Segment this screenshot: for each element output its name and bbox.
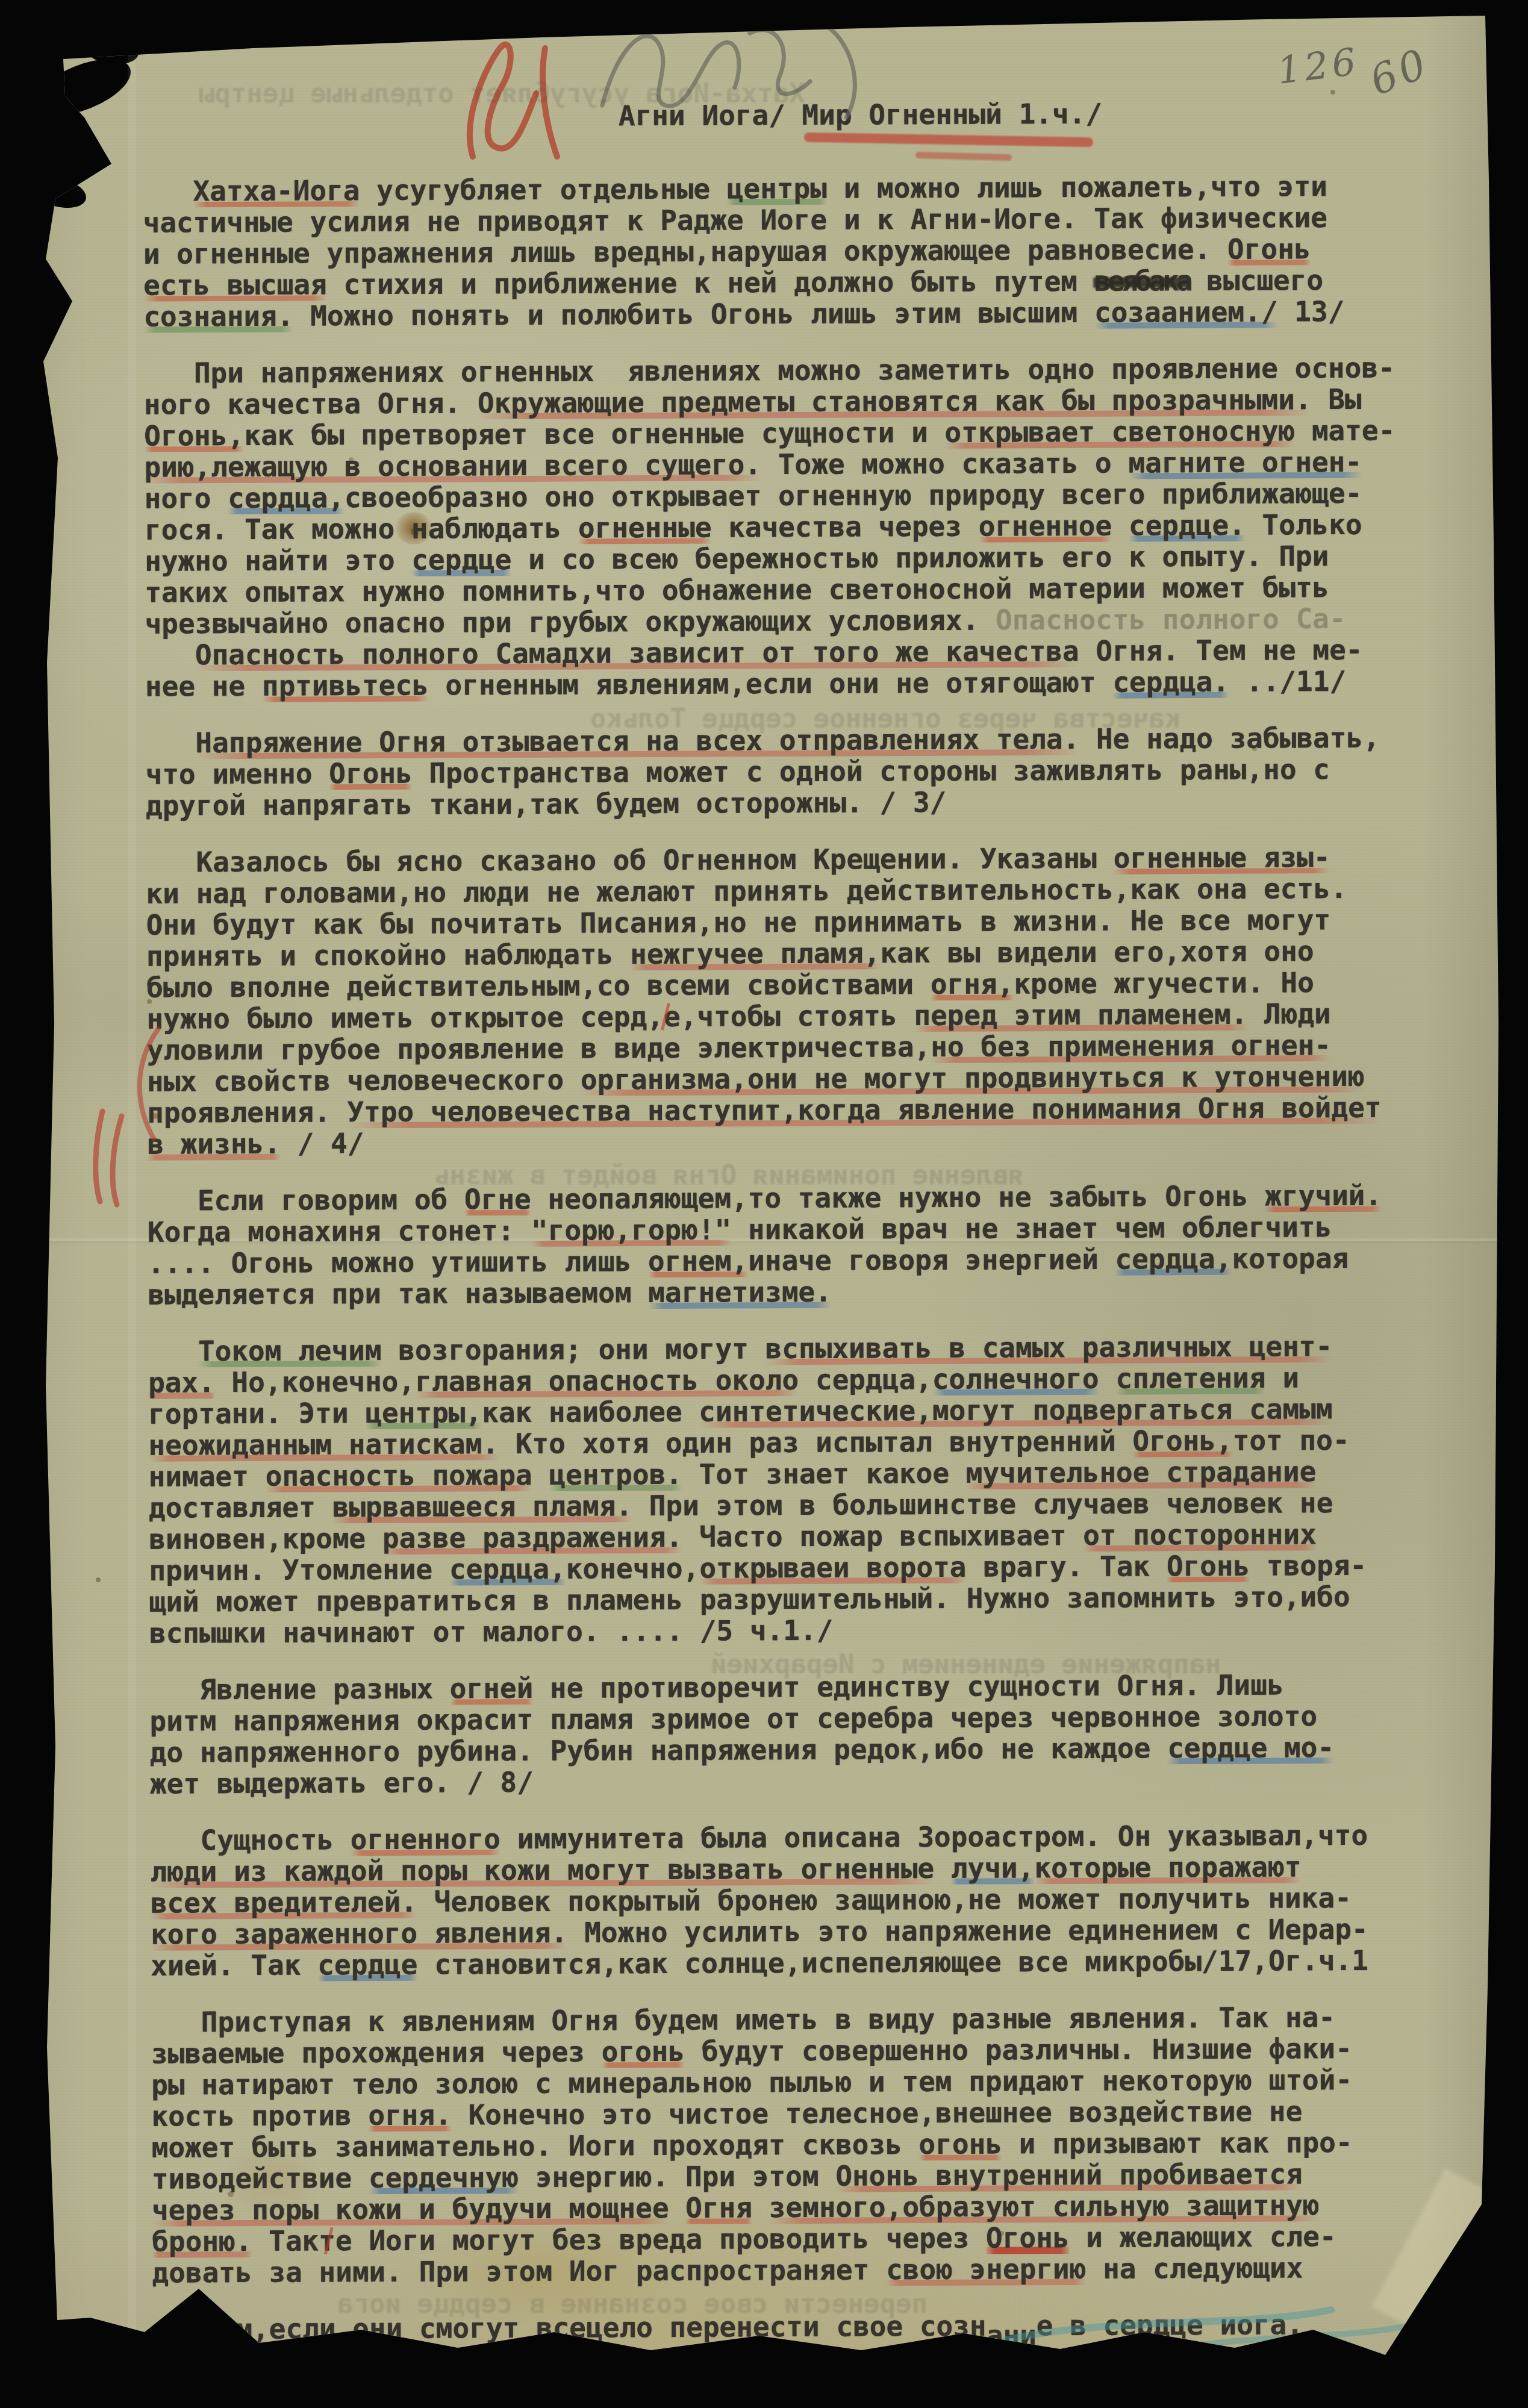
text-segment: центров. — [549, 1458, 682, 1491]
text-segment: хией. Так — [151, 1948, 317, 1982]
text-segment: Пространства может с одной стороны зажив… — [413, 753, 1330, 790]
text-segment: жет выдержать его. / 8/ — [150, 1766, 534, 1800]
text-segment: кого зараженного явления. — [151, 1917, 568, 1951]
text-segment: может быть занимательно. Иоги проходят с… — [151, 2128, 918, 2164]
corner-number-a: 126 — [1275, 39, 1362, 93]
text-segment: было вполне действительным,со всеми свой… — [146, 968, 931, 1004]
text-segment: Огонь, — [144, 419, 244, 452]
text-segment: и желающих сле- — [1069, 2220, 1336, 2254]
text-segment: Казалось бы ясно сказано об Огненном Кре… — [146, 842, 1114, 879]
text-segment: щий может превратиться в пламень разруши… — [149, 1580, 1350, 1618]
text-segment: Тоже можно сказать о — [761, 447, 1129, 481]
text-segment: как бы претворяет все огненные сущности … — [244, 416, 944, 452]
text-line: что именно Огонь Пространства может с од… — [146, 753, 1435, 790]
text-segment: на следующих — [1086, 2251, 1303, 2285]
text-segment: Ононь внутренний пробивается — [835, 2157, 1303, 2192]
text-segment: гося. Так можно наблюдать — [145, 512, 578, 546]
text-segment: открываеи ворота — [699, 1551, 966, 1585]
text-segment — [1099, 1362, 1116, 1395]
text-segment: сердце мо- — [1167, 1731, 1334, 1764]
text-segment: сознания. — [143, 300, 293, 333]
text-segment: солнечного — [932, 1362, 1099, 1396]
paragraph: Током лечим возгорания; они могут вспыхи… — [148, 1330, 1438, 1648]
text-segment: Огня. Тем не ме- — [1079, 634, 1363, 667]
text-segment: сердца, — [449, 1553, 566, 1586]
text-segment: проявления. — [147, 1096, 348, 1129]
text-segment: гортани. Эти — [148, 1397, 365, 1430]
text-segment: .... Огонь можно утишить лишь — [148, 1245, 648, 1280]
text-segment: огней — [450, 1672, 534, 1705]
text-segment: Опасность полного Самадхи зависит от тог… — [195, 635, 1079, 671]
text-segment: Кто хотя один раз испытал внутренний — [499, 1425, 1133, 1461]
text-segment: нужно было иметь открытое — [146, 1001, 580, 1035]
text-segment: принять и спокойно наблюдать — [146, 938, 630, 973]
text-segment: сплетения — [1115, 1362, 1265, 1395]
paragraph: Хатха-Иога усугубляет отдельные центры и… — [143, 170, 1432, 332]
ghost-print-through: Хатха-Иога усугубляет отдельные центры — [199, 78, 805, 109]
text-segment: броню. — [152, 2225, 252, 2258]
text-segment: созаанием./ — [1094, 295, 1278, 328]
text-segment: Вы — [1311, 383, 1361, 416]
text-segment: как наиболее — [482, 1396, 699, 1429]
text-segment — [934, 1852, 951, 1885]
text-segment: и призывают как про- — [1002, 2126, 1353, 2160]
text-segment: 13/ — [1277, 295, 1344, 328]
text-segment: организма,они не могут продвинуться к ут… — [581, 1060, 1365, 1096]
text-segment: неожиданным натискам. — [148, 1427, 499, 1462]
text-segment: люди из каждой поры кожи могут вызвать о… — [150, 1852, 934, 1888]
ghost-print-through: качества через огненное сердце Только — [590, 703, 1180, 734]
text-segment: Можно понять и полюбить Огонь лишь этим … — [293, 296, 1094, 332]
margin-red-slashes — [84, 1105, 139, 1208]
text-line: проявления. Утро человечества наступит,к… — [147, 1091, 1436, 1128]
text-segment: центры — [727, 172, 827, 205]
text-line: чрезвычайно опасно при грубых окружающих… — [145, 602, 1433, 639]
text-segment: ного качества Огня. — [144, 387, 478, 420]
text-line: довать за ними. При этом Иог распростран… — [152, 2251, 1441, 2288]
text-segment: доставляет — [149, 1491, 332, 1524]
text-segment: опасность пожара — [266, 1459, 532, 1493]
text-segment: Только — [1246, 508, 1362, 541]
text-segment: Человек покрытый бронею защиною,не может… — [417, 1882, 1352, 1918]
text-segment: "горю,горю!" — [531, 1213, 732, 1246]
text-segment — [752, 2191, 769, 2224]
text-segment: в жизнь. — [147, 1128, 281, 1161]
text-segment — [252, 2225, 269, 2257]
text-segment: огненного — [351, 1823, 500, 1856]
text-segment: Иоги могут без вреда проводить через — [352, 2222, 987, 2257]
text-segment: огня. — [368, 2098, 452, 2132]
text-segment: огня, — [931, 967, 1014, 1000]
text-line: вспышки начинают от малого. .... /5 ч.1.… — [149, 1612, 1438, 1648]
text-segment: стихия и приближение к ней должно быть п… — [327, 265, 1094, 301]
text-segment — [145, 726, 195, 759]
text-line: .... Огонь можно утишить лишь огнем,инач… — [148, 1242, 1436, 1279]
text-segment: чрезвычайно опасно при грубых окружающих… — [145, 604, 996, 640]
text-segment: Окружающие предметы становятся как бы пр… — [478, 383, 1312, 419]
text-segment: огнем, — [648, 1244, 748, 1277]
text-segment: Огонь — [1167, 1550, 1250, 1583]
text-segment: энергию. При этом — [519, 2160, 835, 2194]
text-segment: что именно — [146, 757, 329, 790]
paragraph: Напряжение Огня отзывается на всех отпра… — [145, 722, 1435, 821]
text-segment: огненным явлениям,если они не отягощают — [429, 666, 1113, 702]
text-segment: серд,е, — [580, 1000, 697, 1034]
text-segment: разве раздражения. — [382, 1521, 683, 1555]
text-line: другой напрягать ткани,так будем осторож… — [146, 784, 1435, 821]
text-segment: Если говорим об — [148, 1183, 464, 1217]
text-segment: зываемые прохождения через — [151, 2035, 602, 2070]
text-segment: Люди — [1247, 997, 1331, 1031]
text-segment: ного — [145, 482, 228, 515]
text-segment: кроме жгучести. Но — [1014, 966, 1314, 1000]
text-segment: главная опасность около — [415, 1364, 799, 1398]
text-segment: творя- — [1250, 1549, 1367, 1582]
text-line: жет выдержать его. / 8/ — [150, 1762, 1439, 1799]
paragraph: Если говорим об Огне неопаляющем,то такж… — [148, 1179, 1437, 1310]
paragraph: Казалось бы ясно сказано об Огненном Кре… — [146, 841, 1436, 1159]
text-segment: довать за ними. При этом Иог распростран… — [152, 2253, 886, 2289]
text-segment: усугубляет отдельные — [360, 172, 727, 207]
text-segment: веябака — [1094, 264, 1190, 298]
text-line: в жизнь. / 4/ — [147, 1123, 1436, 1159]
text-segment: синтетические,могут подвергаться самым — [699, 1393, 1333, 1428]
text-segment: перед этим пламенем. — [914, 998, 1247, 1032]
teal-pencil-strokes — [994, 2289, 1452, 2355]
text-segment: качества через — [711, 510, 978, 544]
text-segment: кость против — [151, 2099, 368, 2133]
text-segment: уловили грубое проявление в виде электри… — [147, 1031, 931, 1067]
text-segment: тиводействие — [152, 2162, 369, 2195]
text-segment: рах. — [148, 1366, 215, 1399]
text-segment: выделяется при так называемом — [148, 1276, 648, 1311]
text-segment: через поры кожи и будучи мощнее — [152, 2192, 669, 2227]
text-segment: Огонь — [986, 2221, 1070, 2254]
text-segment: Можно усилить это напряжение единением с… — [567, 1913, 1368, 1949]
text-segment: мате- — [1295, 414, 1395, 448]
text-segment: врагу. Так — [966, 1550, 1167, 1583]
text-segment: виновен,кроме — [149, 1522, 382, 1556]
text-segment: сердце — [317, 1948, 417, 1982]
text-segment: нужно найти это — [145, 544, 411, 578]
text-segment: как вы видели его,хотя оно — [880, 935, 1314, 969]
text-line: нее не пртивьтесь огненным явлениям,если… — [145, 665, 1434, 702]
text-segment: Часто пожар вспыхивает — [682, 1519, 1083, 1553]
text-segment: сердца, — [1115, 1243, 1232, 1276]
text-segment: ных свойств человеческого — [147, 1064, 581, 1098]
text-segment — [669, 2192, 685, 2224]
text-segment: будут совершенно различны. Низшие факи- — [685, 2032, 1352, 2068]
text-segment: магните огнен- — [1128, 446, 1362, 479]
text-segment: иммунитета была описана Зороастром. Он у… — [500, 1819, 1368, 1855]
text-segment: Огонь — [1227, 232, 1311, 266]
text-segment: вспыхивать в самых различных цент- — [765, 1330, 1332, 1365]
text-segment: огонь — [602, 2035, 685, 2068]
text-segment: Конечно это чистое телесное,внешнее возд… — [452, 2095, 1303, 2131]
text-segment: центры, — [365, 1396, 482, 1429]
text-segment: сердце. — [1129, 509, 1246, 542]
text-segment: высшего — [1190, 264, 1323, 297]
text-segment: лучи, — [951, 1851, 1035, 1885]
text-segment: Огонь — [329, 757, 413, 790]
text-segment: сердца. — [1112, 666, 1229, 699]
text-segment: свою энергию — [886, 2253, 1087, 2286]
text-segment: нимает — [149, 1460, 266, 1493]
text-segment: тот по- — [1233, 1424, 1350, 1457]
text-segment: другой напрягать ткани,так будем осторож… — [146, 786, 947, 822]
text-segment: Хатха-Иога — [193, 174, 360, 207]
paper-specks — [60, 72, 64, 76]
text-line: сознания. Можно понять и полюбить Огонь … — [143, 295, 1432, 332]
paragraph: При напряжениях огненных явлениях можно … — [144, 352, 1434, 702]
text-segment — [145, 638, 195, 671]
text-segment: становится,как солнце,испепеляющее все м… — [417, 1944, 1368, 1981]
pencil-scribble — [593, 9, 882, 136]
text-segment: мучительное страдание — [966, 1455, 1317, 1489]
text-line: выделяется при так называемом магнетизме… — [148, 1273, 1436, 1310]
text-segment: от посторонних — [1083, 1518, 1317, 1552]
scan-background: Агни Иога/ Мир Огненный 1.ч./ Хатха-Иога… — [0, 0, 1528, 2408]
text-segment: Огонь, — [1132, 1424, 1232, 1458]
text-segment: вспышки начинают от малого. .... /5 ч.1.… — [149, 1614, 834, 1650]
paragraph: Приступая к явлениям Огня будем иметь в … — [151, 2001, 1441, 2288]
text-segment: Утро человечества наступит,когда явление… — [347, 1091, 1381, 1128]
paragraph: Явление разных огней не противоречит еди… — [149, 1668, 1439, 1799]
text-line: хией. Так сердце становится,как солнце,и… — [151, 1944, 1439, 1981]
text-segment: причин. Утомление — [149, 1553, 449, 1586]
text-segment: сердечную — [369, 2161, 519, 2194]
text-segment — [143, 175, 193, 207]
text-segment: вырвавшееся пламя. — [332, 1489, 632, 1523]
text-segment: рию,лежащую в основании всего сущего. — [144, 448, 761, 483]
text-segment: которая — [1232, 1242, 1349, 1275]
text-segment: Когда монахиня стонет: — [148, 1214, 531, 1249]
text-segment: ../11/ — [1229, 665, 1346, 698]
text-segment: никакой врач не знает чем облегчить — [731, 1211, 1332, 1246]
ghost-text: Опасность полного Са- — [996, 602, 1346, 637]
text-segment: всех вредителей. — [151, 1886, 417, 1920]
text-segment: до напряженного рубина. Рубин напряжения… — [150, 1732, 1168, 1768]
ghost-print-through: перенести свое сознание в сердце иога — [337, 2289, 928, 2319]
text-segment: / 4/ — [281, 1127, 364, 1160]
text-segment: Такте — [269, 2224, 352, 2257]
text-line: до напряженного рубина. Рубин напряжения… — [150, 1731, 1439, 1768]
text-segment: Сущность — [150, 1823, 351, 1856]
text-segment: магнетизме. — [648, 1276, 832, 1309]
text-segment: огненные — [578, 511, 712, 544]
text-segment: земного,образуют сильную защитную — [769, 2189, 1320, 2224]
text-segment: и можно лишь пожалеть,что эти — [827, 170, 1327, 205]
text-segment: Явление разных — [149, 1672, 450, 1706]
text-segment — [532, 1459, 549, 1491]
text-segment: но без применения огнен- — [931, 1029, 1331, 1063]
text-segment: Током лечим — [198, 1334, 382, 1367]
torn-edge-blob — [27, 171, 90, 213]
text-segment: огненное — [978, 510, 1112, 543]
text-segment: Тот знает какое — [682, 1457, 966, 1491]
text-segment — [1112, 510, 1129, 542]
text-segment: пртивьтесь — [262, 669, 429, 702]
paragraph: Сущность огненного иммунитета была описа… — [150, 1819, 1439, 1981]
text-segment: нее не — [145, 670, 262, 703]
text-segment: конечно, — [566, 1552, 700, 1585]
text-segment: Огня — [685, 2191, 752, 2224]
corner-number-b: 60 — [1364, 39, 1436, 105]
text-segment: сердца, — [799, 1363, 932, 1396]
text-segment: сердце — [411, 543, 511, 576]
text-segment: чтобы стоять — [697, 999, 914, 1033]
text-segment: иначе говоря энергией — [748, 1243, 1115, 1277]
text-segment — [148, 1335, 198, 1367]
text-segment: и со всею бережностью приложить его к оп… — [511, 540, 1329, 576]
text-segment: возгорания; они могут — [381, 1332, 765, 1367]
text-segment: Но,конечно, — [215, 1365, 416, 1399]
text-segment: есть высшая — [143, 268, 327, 301]
text-segment: жгучий. — [1265, 1179, 1382, 1212]
text-segment: нежгучее пламя, — [630, 937, 881, 970]
text-segment: сердца, — [228, 481, 345, 514]
scanned-page: Агни Иога/ Мир Огненный 1.ч./ Хатха-Иога… — [0, 0, 1528, 2408]
text-segment: огненные язы- — [1113, 841, 1330, 875]
text-segment: и — [1266, 1361, 1300, 1394]
text-line: щий может превратиться в пламень разруши… — [149, 1580, 1438, 1617]
ghost-print-through: напряжение единением с Иерархией — [711, 1649, 1221, 1680]
typewritten-text: Агни Иога/ Мир Огненный 1.ч./ Хатха-Иога… — [143, 96, 1441, 2370]
text-segment: огонь — [918, 2127, 1002, 2160]
corner-page-number: 12660 — [1274, 28, 1430, 94]
text-segment: При этом в большинстве случаев человек н… — [632, 1486, 1333, 1522]
ghost-print-through: явление понимания Огня войдет в жизнь — [434, 1160, 1024, 1191]
text-segment: открывает светоносную — [944, 414, 1295, 449]
text-segment: которые поражают — [1034, 1850, 1301, 1884]
